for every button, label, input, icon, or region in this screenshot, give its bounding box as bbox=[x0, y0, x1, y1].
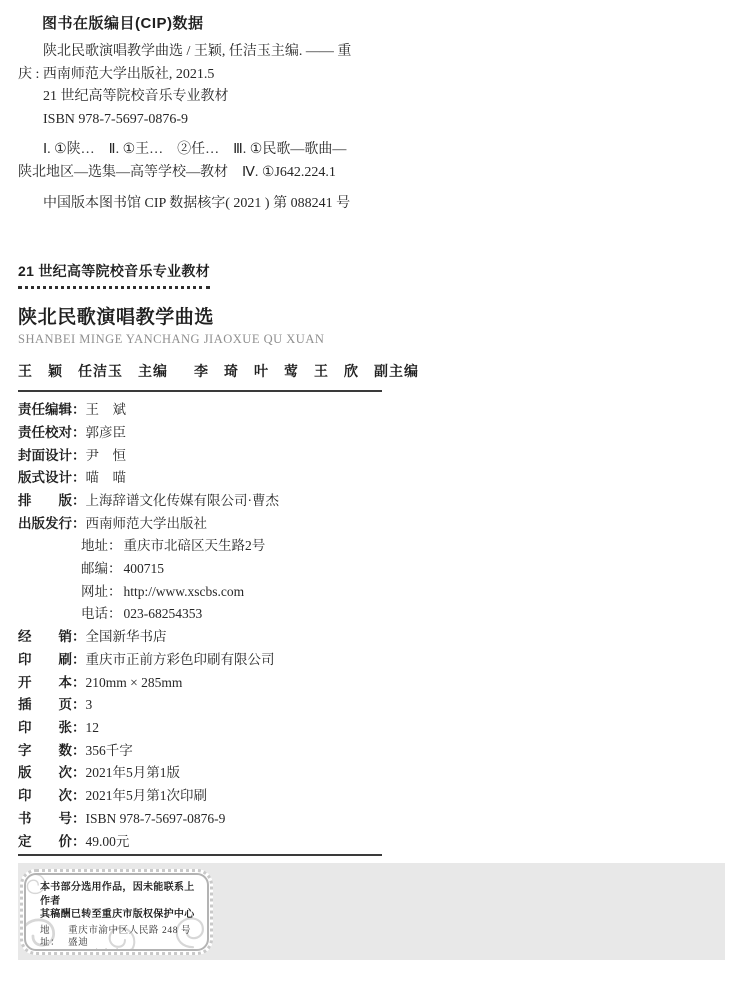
row-label: 责任编辑： bbox=[18, 399, 86, 422]
row-label: 印 刷： bbox=[18, 649, 86, 672]
row-value: 上海辞谱文化传媒有限公司·曹杰 bbox=[86, 490, 280, 513]
divider-top bbox=[18, 390, 382, 392]
imprint-row: 经 销：全国新华书店 bbox=[18, 626, 382, 649]
address-line: 重庆市渝中区人民路 248 号盛迪 bbox=[68, 926, 191, 948]
row-label: 版式设计： bbox=[18, 467, 86, 490]
series-section: 21 世纪高等院校音乐专业教材 bbox=[18, 261, 382, 289]
row-label: 责任校对： bbox=[18, 422, 86, 445]
row-value: 2021年5月第1版 bbox=[86, 762, 181, 785]
row-value: 全国新华书店 bbox=[86, 626, 167, 649]
row-label: 地址： bbox=[81, 535, 122, 558]
row-value: 郭彦臣 bbox=[86, 422, 127, 445]
imprint-row: 版 次：2021年5月第1版 bbox=[18, 762, 382, 785]
cip-line: Ⅰ. ①陕… Ⅱ. ①王… ②任… Ⅲ. ①民歌—歌曲— bbox=[18, 139, 382, 162]
row-value: 49.00元 bbox=[86, 831, 130, 854]
series-label: 21 世纪高等院校音乐专业教材 bbox=[18, 261, 210, 289]
cip-line: 中国版本图书馆 CIP 数据核字( 2021 ) 第 088241 号 bbox=[18, 193, 382, 216]
editors-line: 王 颖 任洁玉 主编 李 琦 叶 莺 王 欣 副主编 bbox=[18, 361, 382, 381]
row-value: 2021年5月第1次印刷 bbox=[86, 785, 208, 808]
book-pinyin: SHANBEI MINGE YANCHANG JIAOXUE QU XUAN bbox=[18, 332, 382, 347]
row-label: 出版发行： bbox=[18, 513, 86, 536]
imprint-row: 书 号：ISBN 978-7-5697-0876-9 bbox=[18, 808, 382, 831]
row-label: 印 次： bbox=[18, 785, 86, 808]
row-value: 210mm × 285mm bbox=[86, 672, 183, 695]
cip-heading: 图书在版编目(CIP)数据 bbox=[42, 12, 382, 33]
imprint-row: 印 张：12 bbox=[18, 717, 382, 740]
row-label: 开 本： bbox=[18, 672, 86, 695]
row-label: 字 数： bbox=[18, 740, 86, 763]
notice-address: 地址： 重庆市渝中区人民路 248 号盛迪 亚商务大厦 29-9 bbox=[40, 925, 201, 952]
imprint-row: 印 刷：重庆市正前方彩色印刷有限公司 bbox=[18, 649, 382, 672]
row-value: 重庆市北碚区天生路2号 bbox=[124, 535, 266, 558]
imprint-row: 开 本：210mm × 285mm bbox=[18, 672, 382, 695]
divider-bottom bbox=[18, 854, 382, 856]
cip-line: ISBN 978-7-5697-0876-9 bbox=[18, 109, 382, 132]
address-label: 地址： bbox=[40, 925, 68, 952]
main-column: 图书在版编目(CIP)数据 陕北民歌演唱教学曲选 / 王颖, 任洁玉主编. ——… bbox=[18, 0, 382, 856]
row-value: 400715 bbox=[124, 558, 165, 581]
row-value: 3 bbox=[86, 694, 93, 717]
imprint-row: 责任校对：郭彦臣 bbox=[18, 422, 382, 445]
cip-block: 陕北民歌演唱教学曲选 / 王颖, 任洁玉主编. —— 重 庆 : 西南师范大学出… bbox=[18, 41, 382, 215]
row-value: 西南师范大学出版社 bbox=[86, 513, 208, 536]
imprint-list: 责任编辑：王 斌 责任校对：郭彦臣 封面设计：尹 恒 版式设计：喵 喵 排 版：… bbox=[18, 399, 382, 853]
imprint-row: 出版发行：西南师范大学出版社 bbox=[18, 513, 382, 536]
imprint-row: 排 版：上海辞谱文化传媒有限公司·曹杰 bbox=[18, 490, 382, 513]
chief-editors: 王 颖 任洁玉 主编 bbox=[18, 361, 168, 381]
row-value: 023-68254353 bbox=[124, 603, 203, 626]
row-value: 王 斌 bbox=[86, 399, 127, 422]
imprint-row: 封面设计：尹 恒 bbox=[18, 445, 382, 468]
row-label: 书 号： bbox=[18, 808, 86, 831]
row-value: 喵 喵 bbox=[86, 467, 127, 490]
address-line: 亚商务大厦 29-9 bbox=[68, 949, 201, 952]
address-lines: 重庆市渝中区人民路 248 号盛迪 亚商务大厦 29-9 bbox=[68, 925, 201, 952]
row-label: 网址： bbox=[81, 581, 122, 604]
row-label: 插 页： bbox=[18, 694, 86, 717]
copyright-notice-stamp: 本书部分选用作品，因未能联系上作者 其稿酬已转至重庆市版权保护中心 地址： 重庆… bbox=[20, 869, 213, 955]
deputy-editors: 李 琦 叶 莺 王 欣 副主编 bbox=[194, 361, 419, 381]
footer-band: 本书部分选用作品，因未能联系上作者 其稿酬已转至重庆市版权保护中心 地址： 重庆… bbox=[18, 863, 725, 960]
row-label: 印 张： bbox=[18, 717, 86, 740]
row-label: 电话： bbox=[81, 603, 122, 626]
row-label: 定 价： bbox=[18, 831, 86, 854]
row-label: 封面设计： bbox=[18, 445, 86, 468]
row-value: http://www.xscbs.com bbox=[124, 581, 245, 604]
row-value: 356千字 bbox=[86, 740, 133, 763]
stamp-frame: 本书部分选用作品，因未能联系上作者 其稿酬已转至重庆市版权保护中心 地址： 重庆… bbox=[24, 873, 209, 951]
cip-line: 庆 : 西南师范大学出版社, 2021.5 bbox=[18, 64, 382, 87]
row-value: 尹 恒 bbox=[86, 445, 127, 468]
imprint-subrow: 网址：http://www.xscbs.com bbox=[18, 581, 382, 604]
notice-line: 本书部分选用作品，因未能联系上作者 bbox=[40, 881, 201, 908]
imprint-subrow: 电话：023-68254353 bbox=[18, 603, 382, 626]
cip-line: 陕北民歌演唱教学曲选 / 王颖, 任洁玉主编. —— 重 bbox=[18, 41, 382, 64]
row-label: 经 销： bbox=[18, 626, 86, 649]
row-label: 邮编： bbox=[81, 558, 122, 581]
row-label: 排 版： bbox=[18, 490, 86, 513]
imprint-row: 版式设计：喵 喵 bbox=[18, 467, 382, 490]
imprint-row: 印 次：2021年5月第1次印刷 bbox=[18, 785, 382, 808]
imprint-row: 责任编辑：王 斌 bbox=[18, 399, 382, 422]
cip-line: 陕北地区—选集—高等学校—教材 Ⅳ. ①J642.224.1 bbox=[18, 162, 382, 185]
row-value: 12 bbox=[86, 717, 100, 740]
imprint-row: 字 数：356千字 bbox=[18, 740, 382, 763]
notice-text: 本书部分选用作品，因未能联系上作者 其稿酬已转至重庆市版权保护中心 bbox=[40, 881, 201, 922]
cip-line: 21 世纪高等院校音乐专业教材 bbox=[18, 86, 382, 109]
row-label: 版 次： bbox=[18, 762, 86, 785]
notice-line: 其稿酬已转至重庆市版权保护中心 bbox=[40, 908, 201, 922]
imprint-subrow: 邮编：400715 bbox=[18, 558, 382, 581]
imprint-row: 插 页：3 bbox=[18, 694, 382, 717]
imprint-row: 定 价：49.00元 bbox=[18, 831, 382, 854]
copyright-page: 图书在版编目(CIP)数据 陕北民歌演唱教学曲选 / 王颖, 任洁玉主编. ——… bbox=[0, 0, 750, 1000]
imprint-subrow: 地址：重庆市北碚区天生路2号 bbox=[18, 535, 382, 558]
row-value: 重庆市正前方彩色印刷有限公司 bbox=[86, 649, 275, 672]
book-title: 陕北民歌演唱教学曲选 bbox=[18, 302, 382, 329]
row-value: ISBN 978-7-5697-0876-9 bbox=[86, 808, 226, 831]
